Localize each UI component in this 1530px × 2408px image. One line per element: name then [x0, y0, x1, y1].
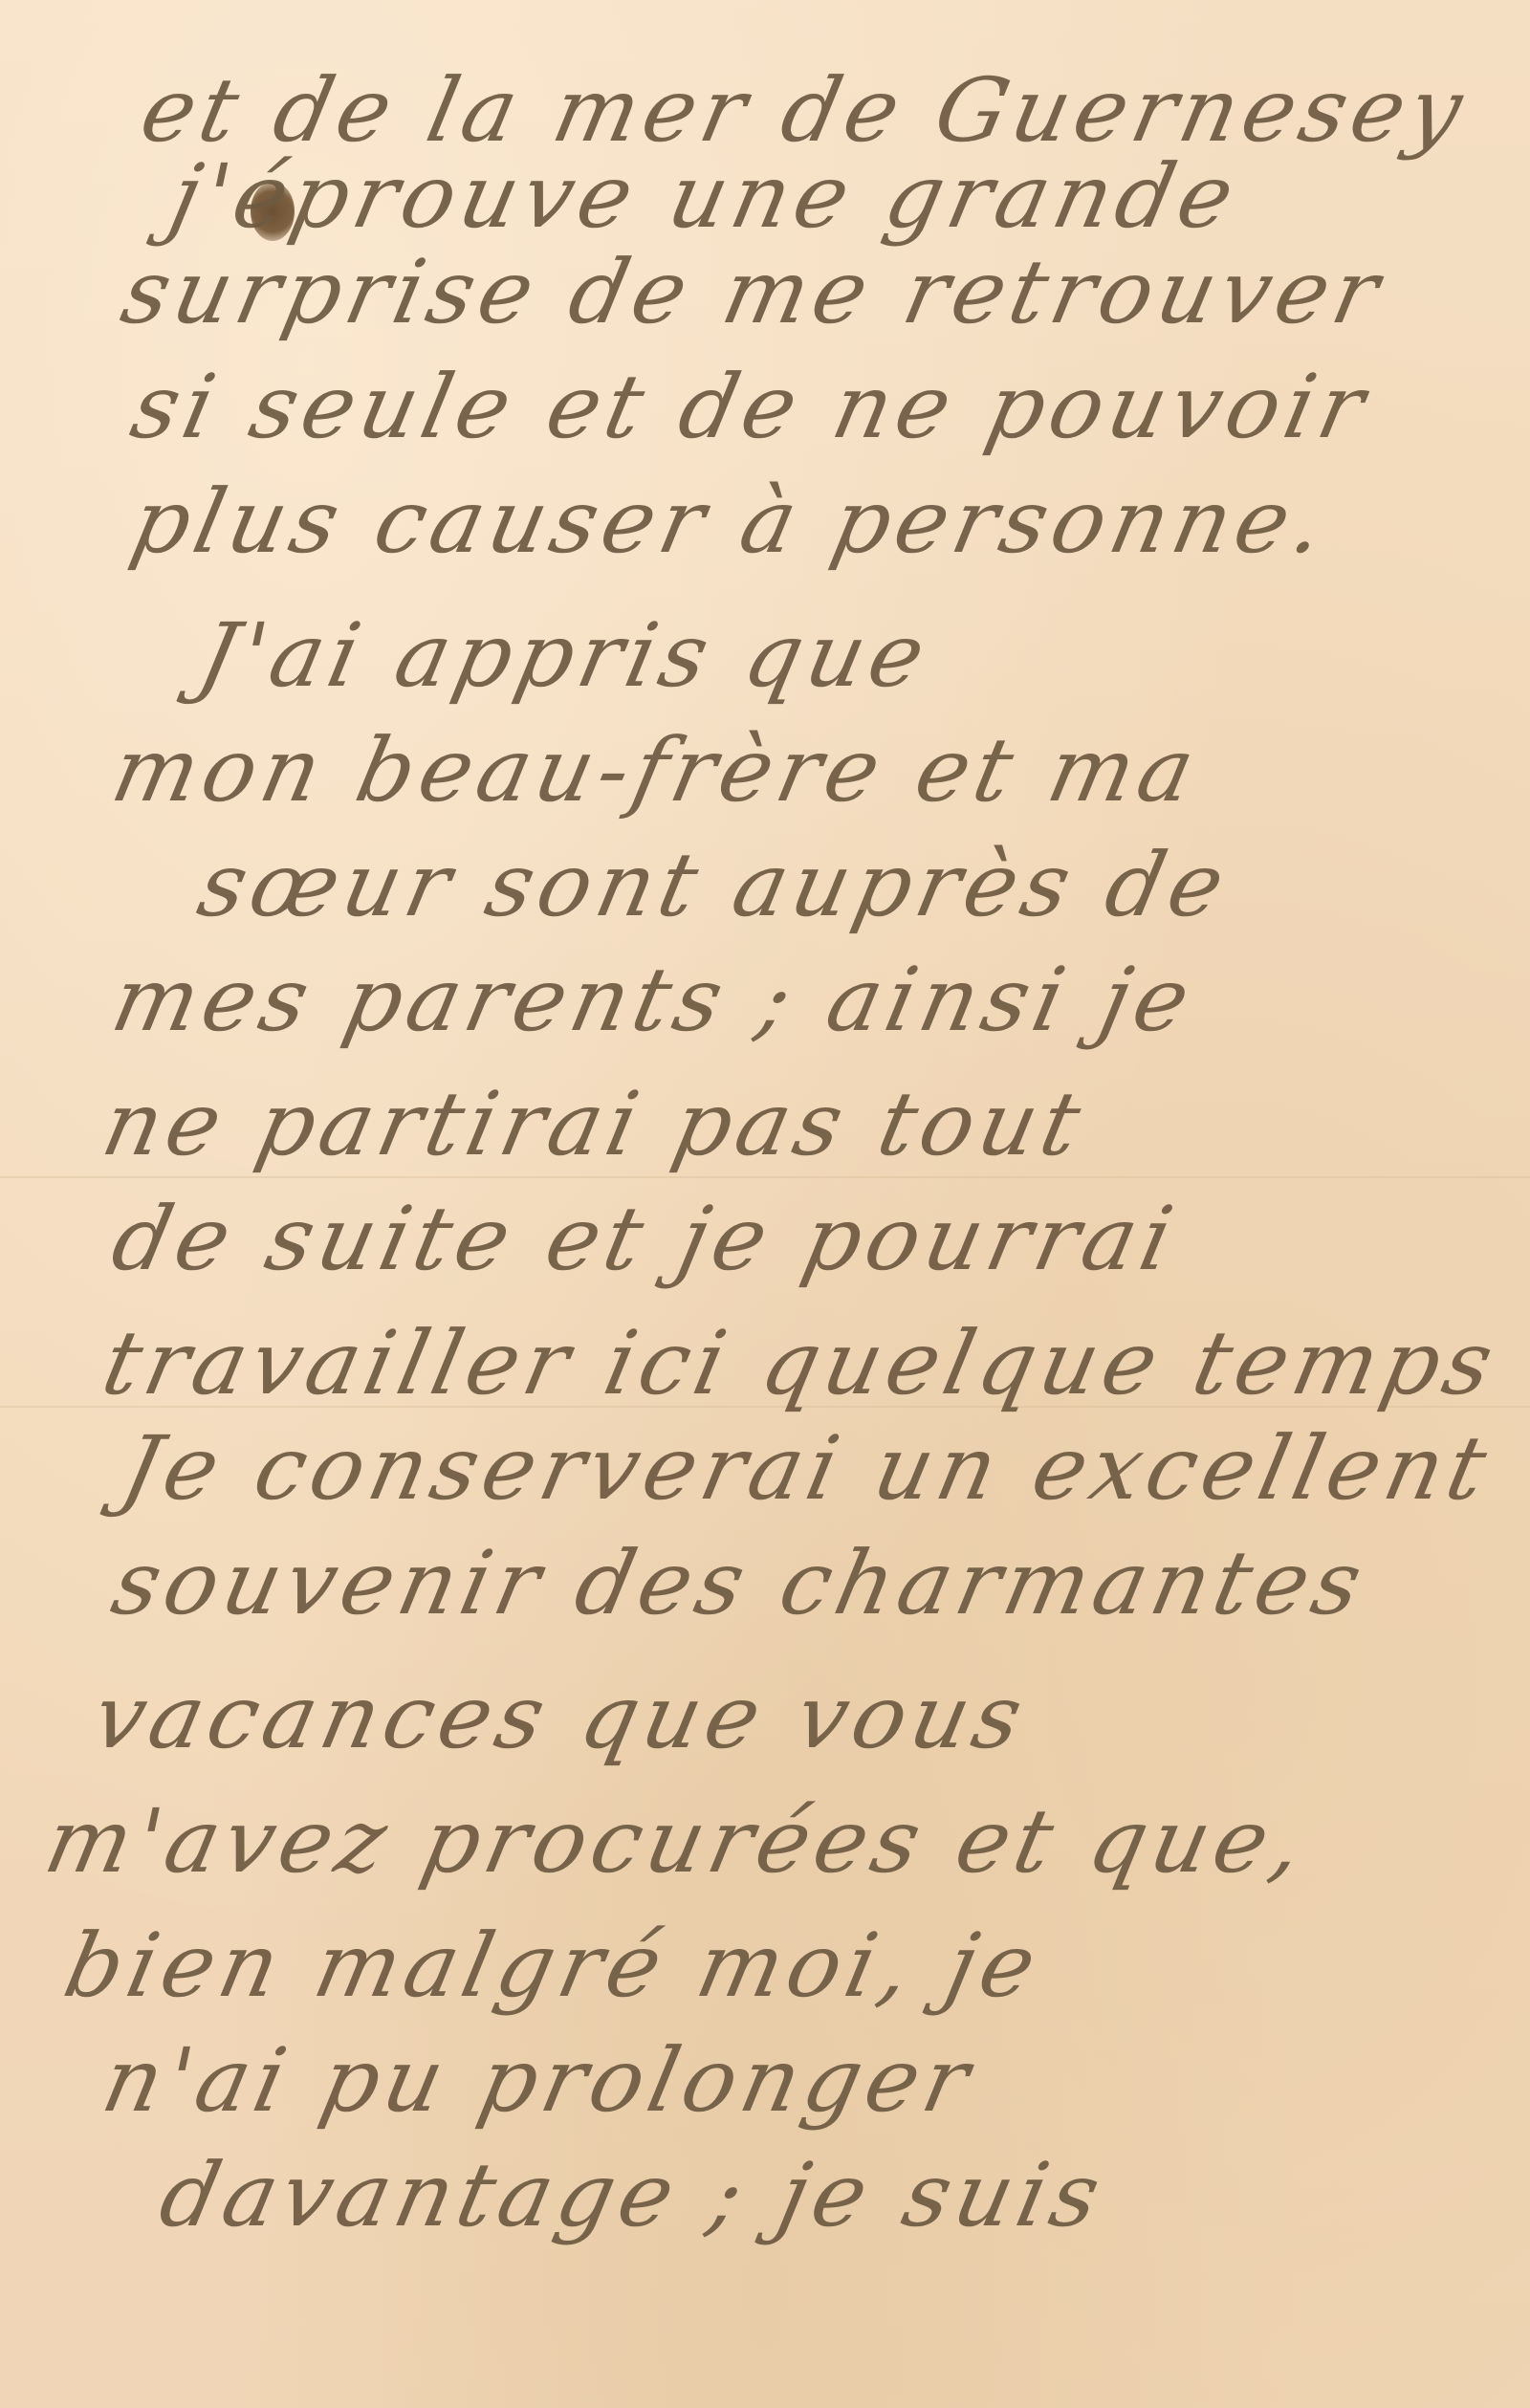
text-line: j'éprouve une grande: [163, 153, 1247, 241]
text-line: n'ai pu prolonger: [96, 2037, 982, 2125]
text-line: mes parents ; ainsi je: [105, 956, 1202, 1044]
letter-page: et de la mer de Guernesey j'éprouve une …: [0, 0, 1530, 2408]
text-line: si seule et de ne pouvoir: [124, 363, 1377, 451]
text-line: ne partirai pas tout: [96, 1081, 1093, 1169]
text-line: vacances que vous: [86, 1674, 1035, 1762]
text-line: et de la mer de Guernesey: [134, 67, 1475, 155]
text-line: m'avez procurées et que,: [38, 1798, 1316, 1886]
text-line: de suite et je pourrai: [105, 1195, 1185, 1283]
text-line: Je conserverai un excellent: [115, 1425, 1498, 1513]
text-line: travailler ici quelque temps: [96, 1320, 1505, 1408]
text-line: sœur sont auprès de: [191, 842, 1236, 930]
text-line: surprise de me retrouver: [115, 249, 1391, 337]
text-line: plus causer à personne.: [124, 478, 1337, 566]
paper-fold-line: [0, 1176, 1530, 1178]
text-line: J'ai appris que: [191, 612, 937, 700]
text-line: bien malgré moi, je: [57, 1922, 1048, 2010]
text-line: davantage ; je suis: [153, 2152, 1112, 2240]
text-line: mon beau-frère et ma: [105, 727, 1207, 815]
text-line: souvenir des charmantes: [105, 1540, 1374, 1628]
